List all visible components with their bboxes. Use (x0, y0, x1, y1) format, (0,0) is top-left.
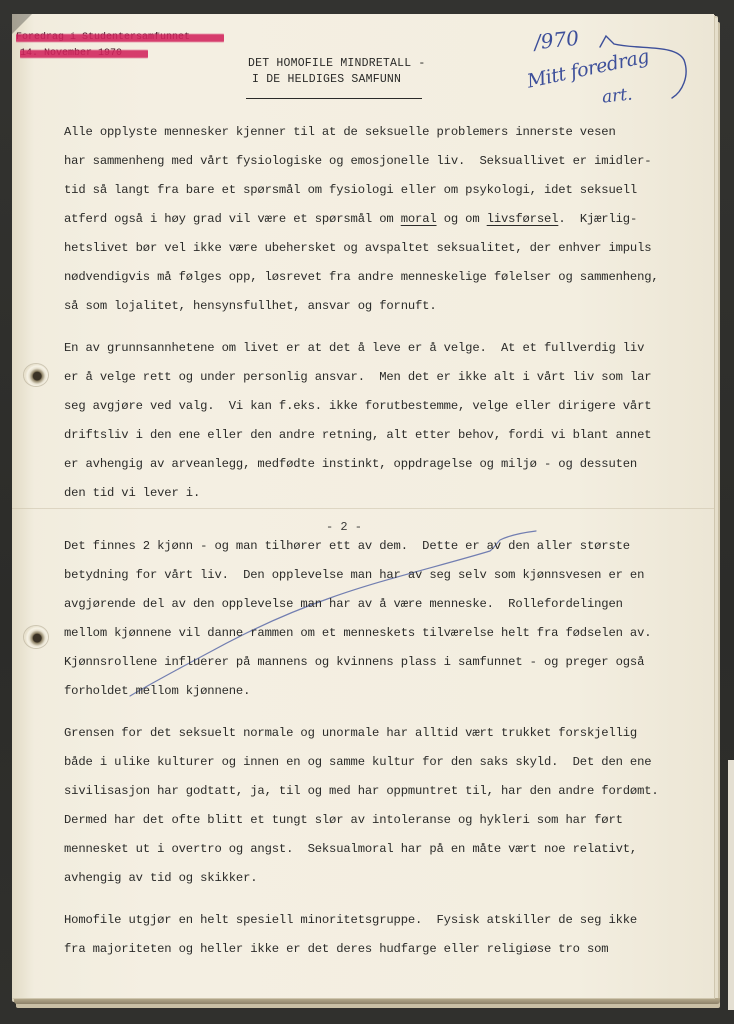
text-line: En av grunnsannhetene om livet er at det… (64, 334, 684, 363)
paragraph-gap (64, 706, 684, 719)
text-line: både i ulike kulturer og innen en og sam… (64, 748, 684, 777)
title-line-2: I DE HELDIGES SAMFUNN (240, 72, 440, 88)
adjacent-paper-strip (728, 760, 734, 1010)
text-line: Kjønnsrollene influerer på mannens og kv… (64, 648, 684, 677)
text-line: hetslivet bør vel ikke være ubehersket o… (64, 234, 684, 263)
text-line: den tid vi lever i. (64, 479, 684, 508)
handwritten-year: /970 (533, 26, 580, 55)
text-line: Alle opplyste mennesker kjenner til at d… (64, 118, 684, 147)
text-line: fra majoriteten og heller ikke er det de… (64, 935, 684, 964)
paragraph-4: Grensen for det seksuelt normale og unor… (64, 719, 684, 893)
text-line: Det finnes 2 kjønn - og man tilhører ett… (64, 532, 684, 561)
text-fragment: atferd også i høy grad vil være et spørs… (64, 212, 401, 226)
text-line: forholdet mellom kjønnene. (64, 677, 684, 706)
paragraph-gap (64, 508, 684, 532)
paragraph-1: Alle opplyste mennesker kjenner til at d… (64, 118, 684, 321)
text-line: avgjørende del av den opplevelse man har… (64, 590, 684, 619)
text-line: Dermed har det ofte blitt et tungt slør … (64, 806, 684, 835)
text-line: mennesket ut i overtro og angst. Seksual… (64, 835, 684, 864)
text-line: mellom kjønnene vil danne rammen om et m… (64, 619, 684, 648)
paragraph-3: Det finnes 2 kjønn - og man tilhører ett… (64, 532, 684, 706)
text-line: sivilisasjon har godtatt, ja, til og med… (64, 777, 684, 806)
handwritten-note-2: art. (601, 84, 633, 107)
text-line: seg avgjøre ved valg. Vi kan f.eks. ikke… (64, 392, 684, 421)
punch-hole (24, 626, 48, 648)
text-line: tid så langt fra bare et spørsmål om fys… (64, 176, 684, 205)
text-fragment: . Kjærlig- (558, 212, 637, 226)
text-line: Homofile utgjør en helt spesiell minorit… (64, 906, 684, 935)
paragraph-2: En av grunnsannhetene om livet er at det… (64, 334, 684, 508)
paragraph-gap (64, 321, 684, 334)
corner-fold (12, 14, 32, 34)
underlined-word-moral: moral (401, 212, 437, 226)
text-line: nødvendigvis må følges opp, løsrevet fra… (64, 263, 684, 292)
paper-stack-edge (14, 998, 720, 1004)
title-line-1: DET HOMOFILE MINDRETALL - (240, 56, 440, 72)
document-title: DET HOMOFILE MINDRETALL - I DE HELDIGES … (240, 56, 440, 88)
document-body: Alle opplyste mennesker kjenner til at d… (64, 118, 684, 964)
text-line-with-underlines: atferd også i høy grad vil være et spørs… (64, 205, 684, 234)
text-line: er å velge rett og under personlig ansva… (64, 363, 684, 392)
text-fragment: og om (437, 212, 487, 226)
title-underline (246, 98, 422, 99)
text-line: betydning for vårt liv. Den opplevelse m… (64, 561, 684, 590)
underlined-word-livsforsel: livsførsel (487, 212, 559, 226)
text-line: avhengig av tid og skikker. (64, 864, 684, 893)
redacted-line: Foredrag i Studentersamfunnet (16, 32, 224, 44)
paragraph-gap (64, 893, 684, 906)
page-shadow (12, 14, 34, 998)
text-line: så som lojalitet, hensynsfullhet, ansvar… (64, 292, 684, 321)
text-line: Grensen for det seksuelt normale og unor… (64, 719, 684, 748)
paragraph-5: Homofile utgjør en helt spesiell minorit… (64, 906, 684, 964)
text-line: driftsliv i den ene eller den andre retn… (64, 421, 684, 450)
redacted-line: 14. November 1970 (20, 48, 148, 60)
text-line: er avhengig av arveanlegg, medfødte inst… (64, 450, 684, 479)
redacted-header: Foredrag i Studentersamfunnet 14. Novemb… (16, 32, 226, 64)
punch-hole (24, 364, 48, 386)
text-line: har sammenheng med vårt fysiologiske og … (64, 147, 684, 176)
